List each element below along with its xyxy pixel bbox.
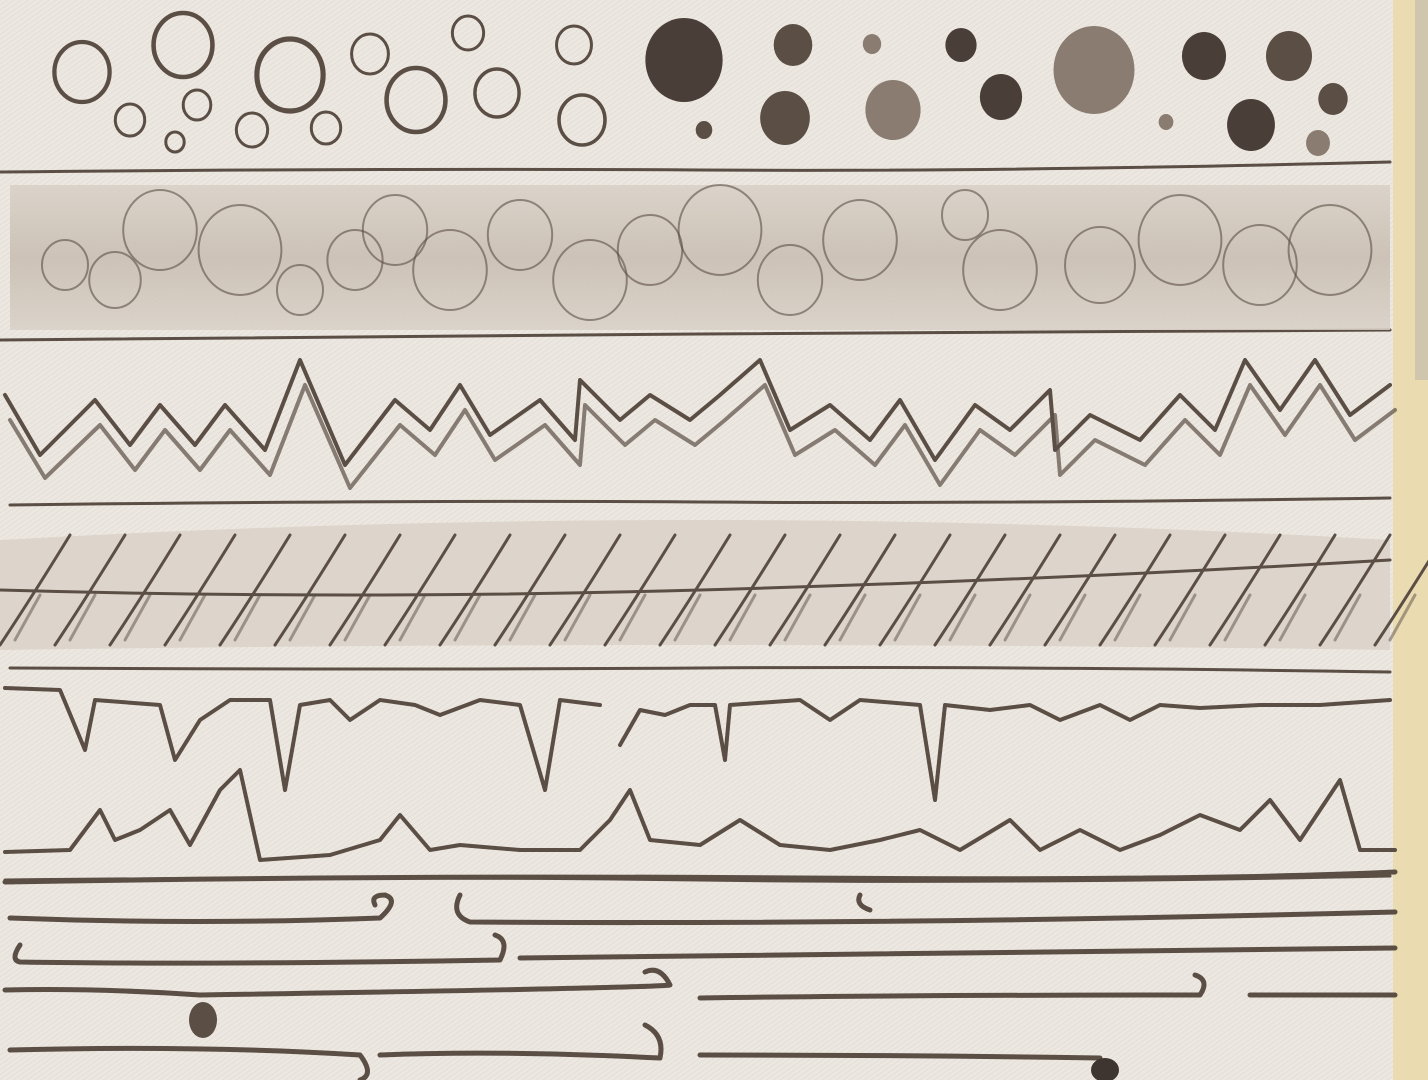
dot bbox=[863, 34, 881, 54]
dot bbox=[774, 24, 813, 66]
dot bbox=[1306, 130, 1330, 156]
dot bbox=[980, 74, 1022, 120]
dot bbox=[945, 28, 976, 62]
paint-blot bbox=[189, 1002, 217, 1038]
dot bbox=[1054, 26, 1135, 114]
dot bbox=[1182, 32, 1226, 80]
dot bbox=[1159, 114, 1174, 130]
dot bbox=[1318, 83, 1347, 115]
dot bbox=[865, 80, 920, 140]
painted-canvas-photo bbox=[0, 0, 1428, 1080]
rope-braid bbox=[0, 520, 1428, 650]
dot bbox=[645, 18, 722, 102]
edge-shadow bbox=[1415, 0, 1428, 380]
dot bbox=[696, 121, 713, 139]
dot bbox=[1266, 31, 1312, 81]
dot bbox=[1227, 99, 1275, 151]
bubble-band-shade bbox=[10, 185, 1390, 330]
dot bbox=[760, 91, 810, 145]
